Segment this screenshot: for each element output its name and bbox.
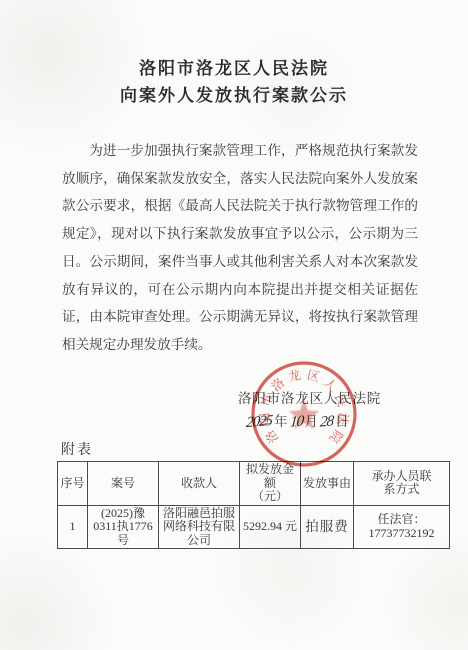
date-year-handwritten: 2025 <box>245 413 272 432</box>
document-title: 洛阳市洛龙区人民法院 向案外人发放执行案款公示 <box>0 55 468 109</box>
date-month-unit: 月 <box>305 414 319 429</box>
header-seq-no: 序号 <box>58 462 88 506</box>
case-table: 序号 案号 收款人 拟发放金额 （元） 发放事由 承办人员联 系方式 1 (20… <box>57 461 450 549</box>
cell-reason: 拍服费 <box>301 505 354 549</box>
document-title-line2: 向案外人发放执行案款公示 <box>0 82 468 109</box>
cell-payee: 洛阳融邑拍服 网络科技有限 公司 <box>159 505 240 549</box>
date-month-handwritten: 10 <box>289 413 303 431</box>
document-page: 洛阳市洛龙区人民法院 向案外人发放执行案款公示 为进一步加强执行案款管理工作，严… <box>0 0 468 650</box>
svg-text:龙: 龙 <box>287 367 303 385</box>
date-day-unit: 日 <box>335 414 349 429</box>
header-case-no: 案号 <box>88 462 159 506</box>
notice-body-paragraph: 为进一步加强执行案款管理工作，严格规范执行案款发放顺序，确保案款发放安全，落实人… <box>62 137 418 359</box>
attachment-label: 附表 <box>61 439 93 459</box>
table-header-row: 序号 案号 收款人 拟发放金额 （元） 发放事由 承办人员联 系方式 <box>58 462 450 506</box>
document-title-line1: 洛阳市洛龙区人民法院 <box>0 55 468 82</box>
signature-court-name: 洛阳市洛龙区人民法院 <box>238 387 381 407</box>
svg-text:区: 区 <box>306 368 322 385</box>
header-payee: 收款人 <box>159 462 240 506</box>
signature-date: 2025年10月28日 <box>246 410 351 431</box>
cell-contact: 任法官： 17737732192 <box>354 505 450 549</box>
header-contact: 承办人员联 系方式 <box>354 462 450 506</box>
cell-case-no: (2025)豫 0311执1776 号 <box>88 505 159 549</box>
header-amount: 拟发放金额 （元） <box>240 462 301 506</box>
header-reason: 发放事由 <box>301 462 354 506</box>
table-row: 1 (2025)豫 0311执1776 号 洛阳融邑拍服 网络科技有限 公司 5… <box>58 505 450 549</box>
date-year-unit: 年 <box>274 414 288 429</box>
date-day-handwritten: 28 <box>319 413 333 431</box>
cell-amount: 5292.94 元 <box>240 505 301 549</box>
cell-seq-no: 1 <box>58 505 88 549</box>
